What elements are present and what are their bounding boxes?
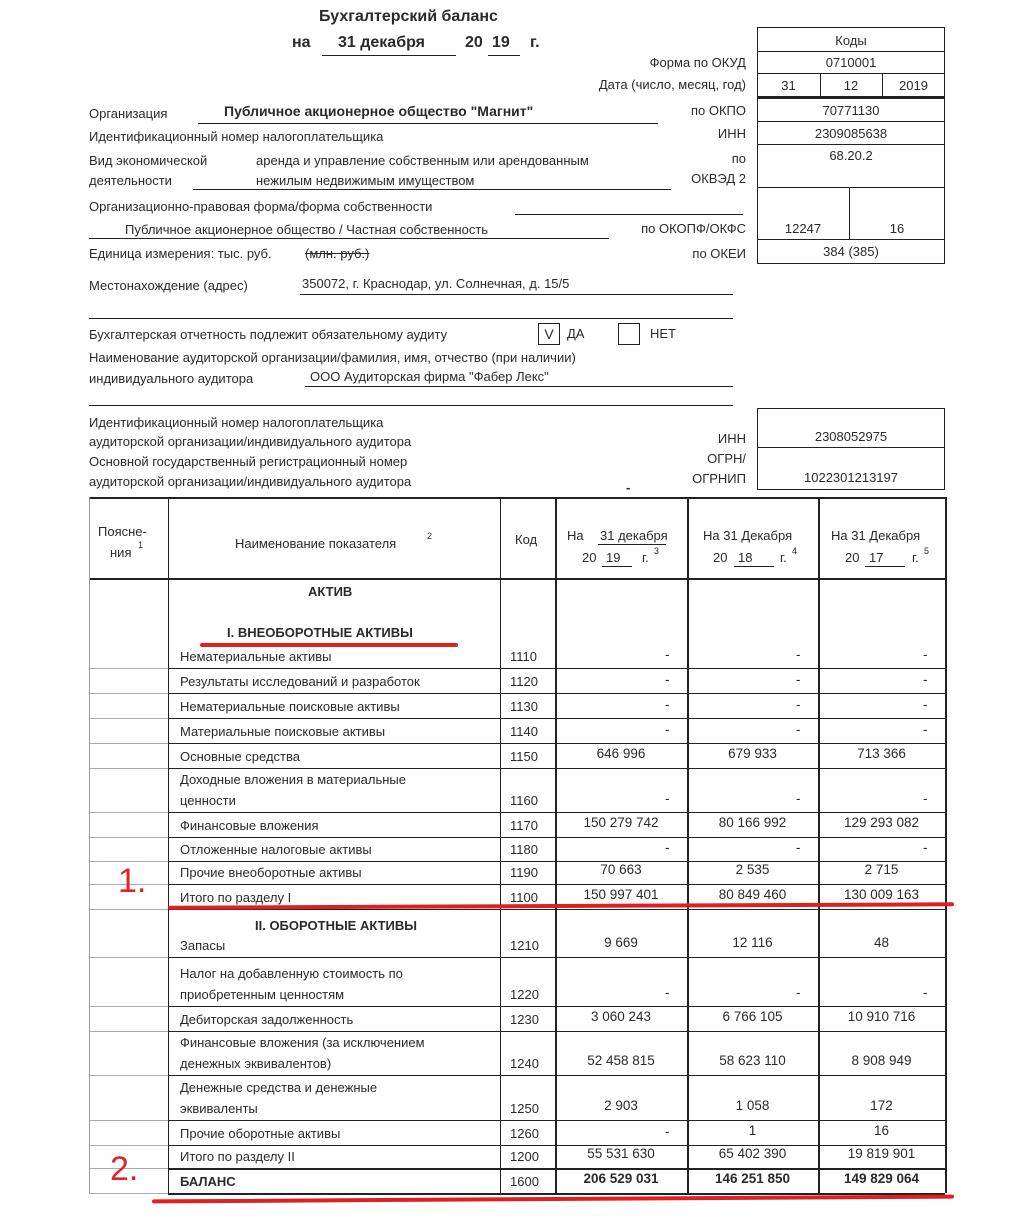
row-code: 1150 xyxy=(510,749,538,764)
legal-form-underline-1 xyxy=(515,214,743,215)
unit-label: Единица измерения: тыс. руб. xyxy=(89,246,272,261)
row-value-2017: - xyxy=(923,722,928,737)
date-on-label: на xyxy=(292,34,311,52)
auditor-inn-code-label: ИНН xyxy=(718,431,746,446)
okved-label-1: по xyxy=(732,151,746,166)
underline xyxy=(602,566,632,567)
col-2017-header-1: На 31 Декабря xyxy=(831,528,920,543)
col-2017-sup: 5 xyxy=(924,546,929,556)
legal-form-value: Публичное акционерное общество / Частная… xyxy=(125,222,488,237)
row-value-2017: - xyxy=(923,840,928,855)
okud-value: 0710001 xyxy=(757,52,945,73)
row-value-2019: 3 060 243 xyxy=(555,1009,687,1024)
row-value-2019: 52 458 815 xyxy=(555,1053,687,1068)
row-name-cont: приобретенным ценностям xyxy=(180,987,344,1002)
page-title: Бухгалтерский баланс xyxy=(319,8,498,26)
date-year-code: 2019 xyxy=(882,74,945,96)
row-value-2018: - xyxy=(796,647,801,662)
row-value-2018: 65 402 390 xyxy=(687,1146,818,1161)
row-name: Дебиторская задолженность xyxy=(180,1012,353,1027)
highlight-balance xyxy=(152,1195,954,1204)
col-2019-header-b: 31 декабря xyxy=(600,528,668,543)
grid-line xyxy=(89,668,168,669)
col-2017-header-b: 17 xyxy=(869,550,883,565)
row-value-2019: - xyxy=(665,985,670,1000)
grid-line xyxy=(89,812,168,813)
grid-line xyxy=(168,718,945,719)
date-day-month: 31 декабря xyxy=(338,34,425,52)
audit-no-label: НЕТ xyxy=(650,326,676,341)
row-value-2018: 1 058 xyxy=(687,1098,818,1113)
auditor-inn-code: 2308052975 xyxy=(757,426,945,446)
activity-value-1: аренда и управление собственным или арен… xyxy=(256,153,589,168)
okved-label-2: ОКВЭД 2 xyxy=(691,171,746,186)
address-underline-2 xyxy=(89,318,733,319)
auditor-name-underline xyxy=(305,386,733,387)
row-value-2019: - xyxy=(665,840,670,855)
col-2019-header-d: 19 xyxy=(606,550,620,565)
row-name: Финансовые вложения xyxy=(180,818,319,833)
row-value-2017: - xyxy=(923,985,928,1000)
col-name-sup: 2 xyxy=(427,531,432,541)
row-value-2018: - xyxy=(796,840,801,855)
okved-value: 68.20.2 xyxy=(757,145,945,165)
row-value-2018: 58 623 110 xyxy=(687,1053,818,1068)
row-value-2018: 80 166 992 xyxy=(687,815,818,830)
grid-line xyxy=(168,837,945,838)
row-name: Основные средства xyxy=(180,749,300,764)
row-value-2019: 646 996 xyxy=(555,746,687,761)
row-name: Нематериальные активы xyxy=(180,649,332,664)
grid-line xyxy=(89,837,168,838)
row-code: 1130 xyxy=(510,699,538,714)
grid-line xyxy=(168,1075,945,1076)
auditor-ogrn-code-label-2: ОГРНИП xyxy=(692,471,746,486)
row-value-2018: - xyxy=(796,985,801,1000)
grid-line xyxy=(168,1168,945,1170)
date-day-code: 31 xyxy=(757,74,820,96)
auditor-name-label-2: индивидуального аудитора xyxy=(89,371,253,386)
row-value-2019: 55 531 630 xyxy=(555,1146,687,1161)
col-notes-header-2: ния xyxy=(110,545,131,560)
grid-line xyxy=(89,693,168,694)
auditor-ogrn-label-1: Основной государственный регистрационный… xyxy=(89,454,407,469)
row-value-2019: 150 997 401 xyxy=(555,887,687,902)
underline xyxy=(865,566,905,567)
row-value-2019: - xyxy=(665,722,670,737)
row-value-2017: 149 829 064 xyxy=(818,1171,945,1186)
grid-line xyxy=(168,1120,945,1121)
auditor-ogrn-code: 1022301213197 xyxy=(757,467,945,487)
col-2017-header-a: 20 xyxy=(845,550,859,565)
underline xyxy=(598,544,666,545)
row-value-2018: 679 933 xyxy=(687,746,818,761)
grid-line xyxy=(168,668,945,669)
row-name: Материальные поисковые активы xyxy=(180,724,385,739)
date-month-code: 12 xyxy=(820,74,882,96)
col-2017-header-c: г. xyxy=(912,550,919,565)
row-value-2017: - xyxy=(923,697,928,712)
row-value-2018: 146 251 850 xyxy=(687,1171,818,1186)
audit-yes-checkbox[interactable]: V xyxy=(538,323,560,345)
row-name: Прочие внеоборотные активы xyxy=(180,865,362,880)
row-name-cont: эквиваленты xyxy=(180,1101,258,1116)
annotation-marker-1: 1. xyxy=(118,862,146,901)
grid-line xyxy=(945,497,947,1193)
row-value-2018: - xyxy=(796,791,801,806)
row-value-2019: 2 903 xyxy=(555,1098,687,1113)
grid-line xyxy=(89,578,945,580)
row-value-2018: - xyxy=(796,672,801,687)
row-code: 1180 xyxy=(510,842,538,857)
legal-form-label: Организационно-правовая форма/форма собс… xyxy=(89,199,432,214)
row-code: 1160 xyxy=(510,793,538,808)
row-code: 1210 xyxy=(510,938,539,953)
col-2018-header-a: 20 xyxy=(713,550,727,565)
row-name: Денежные средства и денежные xyxy=(180,1080,377,1095)
grid-line xyxy=(168,768,945,769)
grid-line xyxy=(89,743,168,744)
grid-line xyxy=(89,909,168,910)
date-year-unit: г. xyxy=(530,34,540,52)
auditor-name-value: ООО Аудиторская фирма "Фабер Лекс" xyxy=(310,369,549,384)
row-name: Итого по разделу I xyxy=(180,890,291,905)
row-value-2017: 16 xyxy=(818,1123,945,1138)
date-underline xyxy=(322,55,456,56)
row-name: Запасы xyxy=(180,938,225,953)
row-name: Финансовые вложения (за исключением xyxy=(180,1035,425,1050)
col-2018-header-b: 18 xyxy=(738,550,752,565)
section-1-title: I. ВНЕОБОРОТНЫЕ АКТИВЫ xyxy=(227,625,413,640)
row-name: Налог на добавленную стоимость по xyxy=(180,966,403,981)
grid-line xyxy=(168,693,945,694)
row-value-2017: 713 366 xyxy=(818,746,945,761)
row-value-2018: 1 xyxy=(687,1123,818,1138)
row-name: Прочие оборотные активы xyxy=(180,1126,340,1141)
row-code: 1200 xyxy=(510,1149,539,1164)
row-code: 1100 xyxy=(510,890,538,905)
grid-line xyxy=(89,1120,168,1121)
auditor-name-label-1: Наименование аудиторской организации/фам… xyxy=(89,350,576,365)
grid-line xyxy=(89,1006,168,1007)
row-value-2018: 12 116 xyxy=(687,935,818,950)
okopf-label: по ОКОПФ/ОКФС xyxy=(641,221,746,236)
row-name: БАЛАНС xyxy=(180,1174,236,1189)
okpo-label: по ОКПО xyxy=(691,103,746,118)
grid-line xyxy=(89,718,168,719)
divider xyxy=(757,187,945,188)
col-2019-header-c: 20 xyxy=(582,550,596,565)
col-2018-header-1: На 31 Декабря xyxy=(703,528,792,543)
okpo-value: 70771130 xyxy=(757,99,945,121)
row-value-2017: 10 910 716 xyxy=(818,1009,945,1024)
auditor-name-underline-2 xyxy=(89,405,733,406)
row-code: 1110 xyxy=(510,649,537,664)
row-value-2017: 48 xyxy=(818,935,945,950)
section-asset-title: АКТИВ xyxy=(308,584,352,599)
row-value-2019: - xyxy=(665,647,670,662)
row-value-2018: 6 766 105 xyxy=(687,1009,818,1024)
row-value-2019: - xyxy=(665,791,670,806)
legal-form-underline-2 xyxy=(89,238,609,239)
row-code: 1120 xyxy=(510,674,538,689)
okopf-value: 12247 xyxy=(757,218,849,238)
activity-label-1: Вид экономической xyxy=(89,153,207,168)
col-2018-header-c: г. xyxy=(780,550,787,565)
row-value-2019: 70 663 xyxy=(555,862,687,877)
okei-label: по ОКЕИ xyxy=(692,246,746,261)
auditor-inn-label-2: аудиторской организации/индивидуального … xyxy=(89,434,411,449)
auditor-ogrn-code-label-1: ОГРН/ xyxy=(707,451,746,466)
inn-label: ИНН xyxy=(718,126,746,141)
row-name-cont: денежных эквивалентов) xyxy=(180,1056,331,1071)
row-value-2018: - xyxy=(796,722,801,737)
row-name-cont: ценности xyxy=(180,793,236,808)
address-label: Местонахождение (адрес) xyxy=(89,278,248,293)
grid-line xyxy=(168,1006,945,1007)
date-label: Дата (число, месяц, год) xyxy=(599,77,746,92)
row-value-2019: 150 279 742 xyxy=(555,815,687,830)
okei-value: 384 (385) xyxy=(757,240,945,262)
row-value-2017: 129 293 082 xyxy=(818,815,945,830)
date-year-suffix: 19 xyxy=(492,34,510,52)
okud-label: Форма по ОКУД xyxy=(650,55,746,70)
annotation-marker-2: 2. xyxy=(110,1150,138,1189)
date-year-prefix: 20 xyxy=(465,34,483,52)
row-value-2017: - xyxy=(923,647,928,662)
grid-line xyxy=(168,743,945,744)
grid-line xyxy=(818,497,820,1193)
row-value-2017: 2 715 xyxy=(818,862,945,877)
grid-line xyxy=(168,1031,945,1032)
highlight-section-1 xyxy=(200,643,458,647)
row-name: Доходные вложения в материальные xyxy=(180,772,406,787)
inn-text-label: Идентификационный номер налогоплательщик… xyxy=(89,129,383,144)
row-value-2017: 8 908 949 xyxy=(818,1053,945,1068)
row-code: 1240 xyxy=(510,1056,539,1071)
activity-underline xyxy=(193,189,671,190)
org-label: Организация xyxy=(89,106,167,121)
activity-label-2: деятельности xyxy=(89,173,172,188)
grid-line xyxy=(168,497,169,1193)
activity-value-2: нежилым недвижимым имуществом xyxy=(256,173,474,188)
inn-value: 2309085638 xyxy=(757,122,945,144)
row-value-2017: - xyxy=(923,672,928,687)
row-value-2019: - xyxy=(665,1124,670,1139)
row-value-2018: 80 849 460 xyxy=(687,887,818,902)
audit-yes-label: ДА xyxy=(567,326,584,341)
org-value: Публичное акционерное общество "Магнит" xyxy=(224,103,533,119)
grid-line xyxy=(168,957,945,958)
col-2018-sup: 4 xyxy=(792,546,797,556)
unit-struck: (млн. руб.) xyxy=(305,246,369,261)
row-value-2019: - xyxy=(665,672,670,687)
row-name: Нематериальные поисковые активы xyxy=(180,699,400,714)
dash-mark: - xyxy=(626,480,630,495)
col-code-header: Код xyxy=(515,532,537,547)
section-2-title: II. ОБОРОТНЫЕ АКТИВЫ xyxy=(255,918,417,933)
year-underline xyxy=(488,55,520,56)
row-code: 1170 xyxy=(510,818,538,833)
audit-no-checkbox[interactable] xyxy=(618,323,640,345)
row-value-2017: 130 009 163 xyxy=(818,887,945,902)
underline xyxy=(734,566,774,567)
grid-line xyxy=(89,497,90,1193)
row-value-2017: 172 xyxy=(818,1098,945,1113)
row-value-2019: 9 669 xyxy=(555,935,687,950)
grid-line xyxy=(89,497,945,499)
col-notes-header-1: Поясне- xyxy=(98,524,147,539)
row-name: Итого по разделу II xyxy=(180,1149,295,1164)
org-underline xyxy=(198,123,658,124)
grid-line xyxy=(500,497,501,1193)
row-value-2019: 206 529 031 xyxy=(555,1171,687,1186)
col-name-header: Наименование показателя xyxy=(235,536,396,551)
okfs-value: 16 xyxy=(849,218,945,238)
address-value: 350072, г. Краснодар, ул. Солнечная, д. … xyxy=(302,276,569,291)
auditor-inn-label-1: Идентификационный номер налогоплательщик… xyxy=(89,415,383,430)
row-name: Отложенные налоговые активы xyxy=(180,842,372,857)
row-code: 1230 xyxy=(510,1012,539,1027)
col-2019-sup: 3 xyxy=(654,546,659,556)
row-value-2019: - xyxy=(665,697,670,712)
address-underline xyxy=(300,294,733,295)
grid-line xyxy=(89,1193,168,1194)
audit-mandatory-label: Бухгалтерская отчетность подлежит обязат… xyxy=(89,327,447,342)
grid-line xyxy=(89,1075,168,1076)
col-2019-header-e: г. xyxy=(642,550,649,565)
grid-line xyxy=(687,497,689,1193)
auditor-ogrn-label-2: аудиторской организации/индивидуального … xyxy=(89,474,411,489)
grid-line xyxy=(89,1145,168,1146)
row-value-2018: - xyxy=(796,697,801,712)
codes-header: Коды xyxy=(757,29,945,51)
grid-line xyxy=(89,957,168,958)
grid-line xyxy=(555,497,557,1193)
row-code: 1600 xyxy=(510,1174,539,1189)
row-value-2017: - xyxy=(923,791,928,806)
grid-line xyxy=(168,812,945,813)
col-2019-header-a: На xyxy=(567,528,584,543)
row-code: 1140 xyxy=(510,724,538,739)
row-code: 1190 xyxy=(510,865,538,880)
row-value-2017: 19 819 901 xyxy=(818,1146,945,1161)
row-code: 1250 xyxy=(510,1101,539,1116)
row-code: 1260 xyxy=(510,1126,539,1141)
grid-line xyxy=(89,1031,168,1032)
grid-line xyxy=(89,768,168,769)
row-name: Результаты исследований и разработок xyxy=(180,674,420,689)
col-notes-sup: 1 xyxy=(138,540,143,550)
row-code: 1220 xyxy=(510,987,539,1002)
divider xyxy=(757,447,945,448)
grid-line xyxy=(168,884,945,885)
row-value-2018: 2 535 xyxy=(687,862,818,877)
